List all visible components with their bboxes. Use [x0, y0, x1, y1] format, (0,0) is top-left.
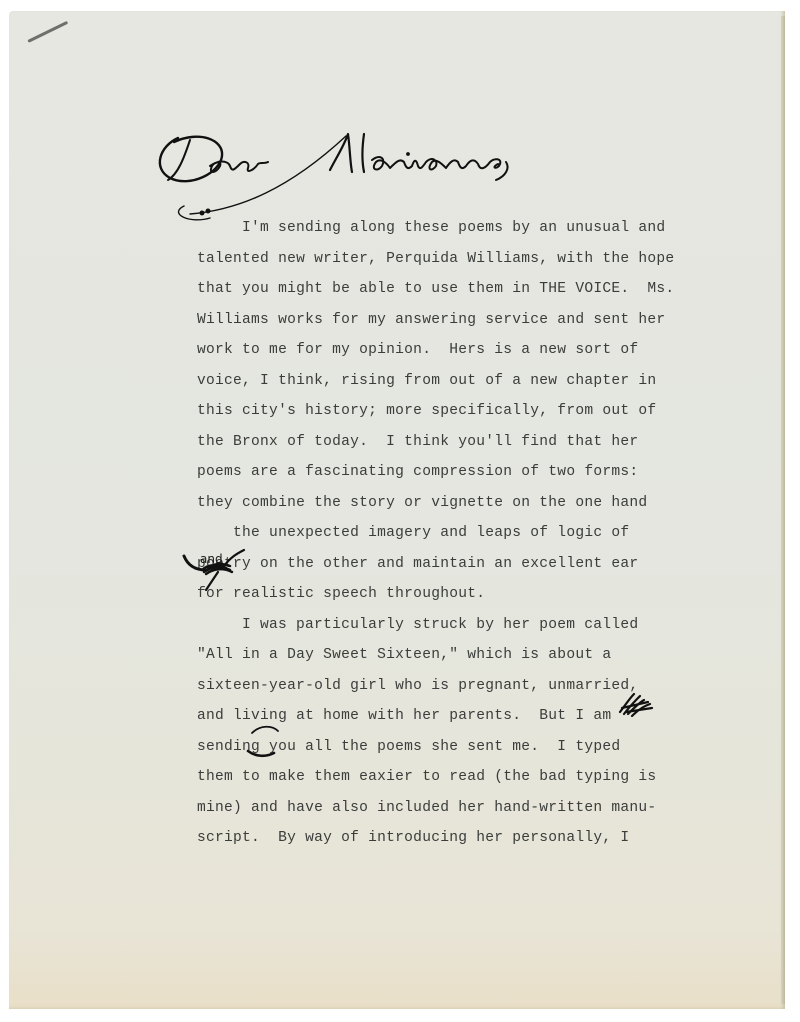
page-edge [781, 16, 785, 1004]
handwritten-salutation: Dear Marianne, [150, 118, 600, 228]
text-line: "All in a Day Sweet Sixteen," which is a… [197, 640, 697, 671]
text-line: mine) and have also included her hand-wr… [197, 793, 697, 824]
text-line: voice, I think, rising from out of a new… [197, 366, 697, 397]
text-line: that you might be able to use them in TH… [197, 274, 697, 305]
text-line: poetry on the other and maintain an exce… [197, 549, 697, 580]
letter-body: I'm sending along these poems by an unus… [197, 213, 697, 854]
text-line: poems are a fascinating compression of t… [197, 457, 697, 488]
paragraph-1: I'm sending along these poems by an unus… [197, 213, 697, 610]
text-line: I was particularly struck by her poem ca… [197, 610, 697, 641]
text-line: for realistic speech throughout. [197, 579, 697, 610]
paragraph-2: I was particularly struck by her poem ca… [197, 610, 697, 854]
text-line: talented new writer, Perquida Williams, … [197, 244, 697, 275]
text-line: they combine the story or vignette on th… [197, 488, 697, 519]
text-line: this city's history; more specifically, … [197, 396, 697, 427]
text-line: sending you all the poems she sent me. I… [197, 732, 697, 763]
text-line: them to make them eaxier to read (the ba… [197, 762, 697, 793]
text-line: the unexpected imagery and leaps of logi… [197, 518, 697, 549]
text-line: and living at home with her parents. But… [197, 701, 697, 732]
handwritten-insertion: and [200, 552, 223, 566]
text-line: Williams works for my answering service … [197, 305, 697, 336]
text-line: work to me for my opinion. Hers is a new… [197, 335, 697, 366]
text-line: script. By way of introducing her person… [197, 823, 697, 854]
text-line: sixteen-year-old girl who is pregnant, u… [197, 671, 697, 702]
text-line: the Bronx of today. I think you'll find … [197, 427, 697, 458]
text-line: I'm sending along these poems by an unus… [197, 213, 697, 244]
salutation-text: Dear Marianne, [150, 118, 502, 169]
